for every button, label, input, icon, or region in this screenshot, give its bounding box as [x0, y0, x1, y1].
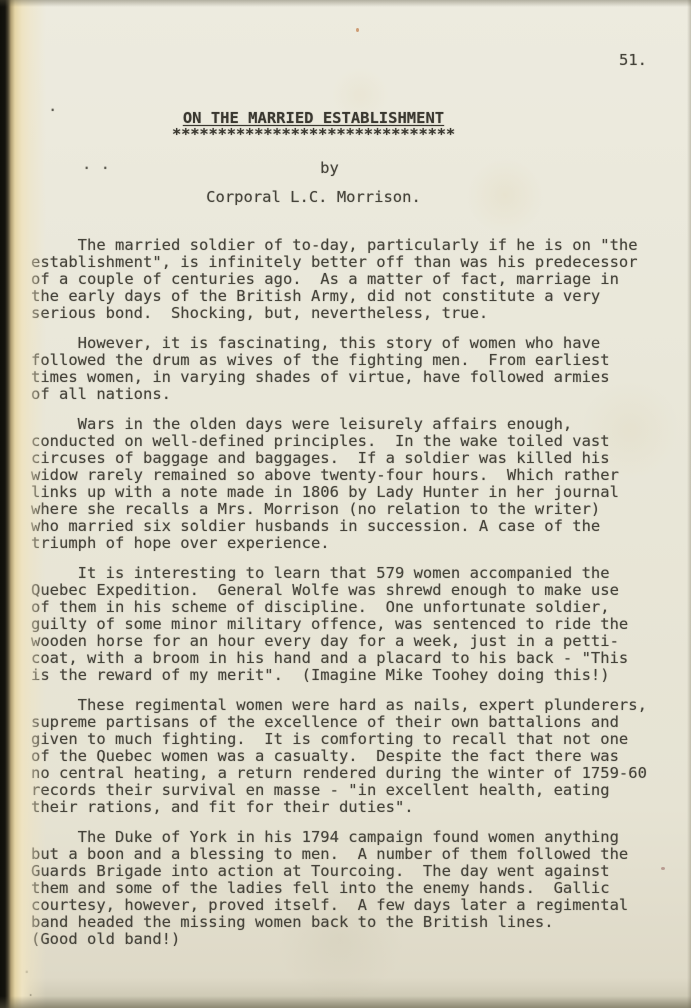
paragraph-5: These regimental women were hard as nail…	[31, 697, 647, 816]
paragraph-4: It is interesting to learn that 579 wome…	[31, 565, 647, 684]
scanned-page: 51. ON THE MARRIED ESTABLISHMENT *******…	[0, 0, 691, 1008]
stray-ink-dot: .	[22, 960, 31, 977]
article-body: The married soldier of to-day, particula…	[31, 237, 647, 961]
paper-speck	[661, 867, 665, 870]
paragraph-2: However, it is fascinating, this story o…	[31, 335, 647, 403]
scan-edge-right	[687, 0, 691, 1008]
stray-ink-dot: .	[48, 98, 57, 115]
author-name: Corporal L.C. Morrison.	[0, 189, 627, 206]
paragraph-6: The Duke of York in his 1794 campaign fo…	[31, 829, 647, 948]
stray-ink-dots: . .	[82, 156, 110, 173]
scan-edge-top	[0, 0, 691, 7]
stray-ink-dot: .	[27, 984, 34, 1001]
paragraph-3: Wars in the olden days were leisurely af…	[31, 416, 647, 552]
page-number: 51.	[619, 52, 647, 69]
title-asterisk-rule: *******************************	[0, 126, 627, 143]
paper-speck	[356, 28, 359, 32]
paragraph-1: The married soldier of to-day, particula…	[31, 237, 647, 322]
scan-edge-bottom	[0, 996, 691, 1008]
